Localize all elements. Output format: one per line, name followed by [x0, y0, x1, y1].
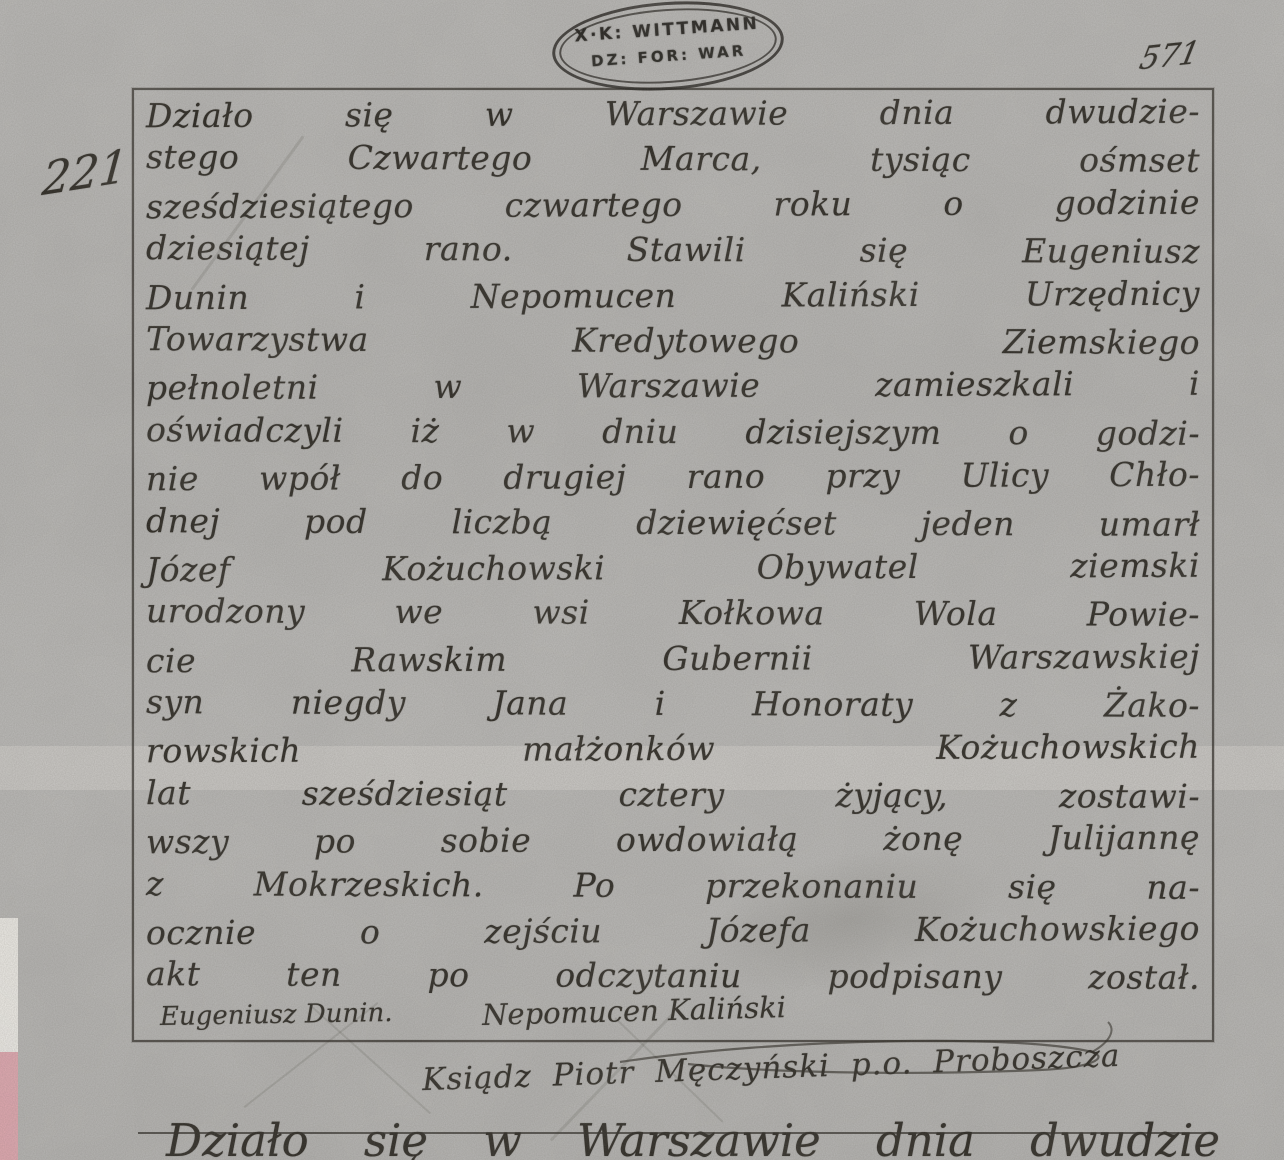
record-text-line: dziesiątej rano. Stawili się Eugeniusz	[146, 228, 1200, 277]
record-text-line: Dunin i Nepomucen Kaliński Urzędnicy	[146, 273, 1200, 323]
record-text-line: urodzony we wsi Kołkowa Wola Powie-	[146, 591, 1200, 640]
document-scan: 221 571 X·K: WITTMANN DZ: FOR: WAR Dział…	[0, 0, 1284, 1160]
record-text-line: Działo się w Warszawie dnia dwudzie-	[146, 92, 1200, 142]
record-text-line: lat sześdziesiąt cztery żyjący, zostawi-	[146, 773, 1200, 822]
page-number: 571	[1136, 34, 1203, 77]
record-text-line: z Mokrzeskich. Po przekonaniu się na-	[146, 864, 1200, 913]
signature-eugeniusz-dunin: Eugeniusz Dunin.	[160, 998, 393, 1032]
record-number: 221	[40, 139, 130, 207]
record-text-line: ocznie o zejściu Józefa Kożuchowskiego	[146, 909, 1200, 959]
archive-stamp: X·K: WITTMANN DZ: FOR: WAR	[549, 0, 787, 98]
record-text-line: wszy po sobie owdowiałą żonę Julijannę	[146, 818, 1200, 868]
record-text-line: pełnoletni w Warszawie zamieszkali i	[146, 364, 1200, 414]
signature-priest: Ksiądz Piotr Męczyński p.o. Proboszcza	[422, 1038, 1121, 1098]
margin-white-strip	[0, 918, 18, 1052]
record-text-line: rowskich małżonków Kożuchowskich	[146, 727, 1200, 777]
margin-pink-strip	[0, 1052, 18, 1160]
next-record-first-line: Działo się w Warszawie dnia dwudzie	[166, 1114, 1220, 1160]
record-text-line: cie Rawskim Gubernii Warszawskiej	[146, 636, 1200, 686]
record-text-line: stego Czwartego Marca, tysiąc ośmset	[146, 138, 1200, 187]
record-text-line: dnej pod liczbą dziewięćset jeden umarł	[146, 501, 1200, 550]
record-text-line: Towarzystwa Kredytowego Ziemskiego	[146, 319, 1200, 368]
record-text-line: syn niegdy Jana i Honoraty z Żako-	[146, 682, 1200, 731]
record-text-line: sześdziesiątego czwartego roku o godzini…	[146, 182, 1200, 232]
record-body-text: Działo się w Warszawie dnia dwudzie- ste…	[146, 94, 1200, 1002]
record-text-line: Józef Kożuchowski Obywatel ziemski	[146, 546, 1200, 596]
record-text-line: oświadczyli iż w dniu dzisiejszym o godz…	[146, 410, 1200, 459]
record-text-line: nie wpół do drugiej rano przy Ulicy Chło…	[146, 455, 1200, 505]
